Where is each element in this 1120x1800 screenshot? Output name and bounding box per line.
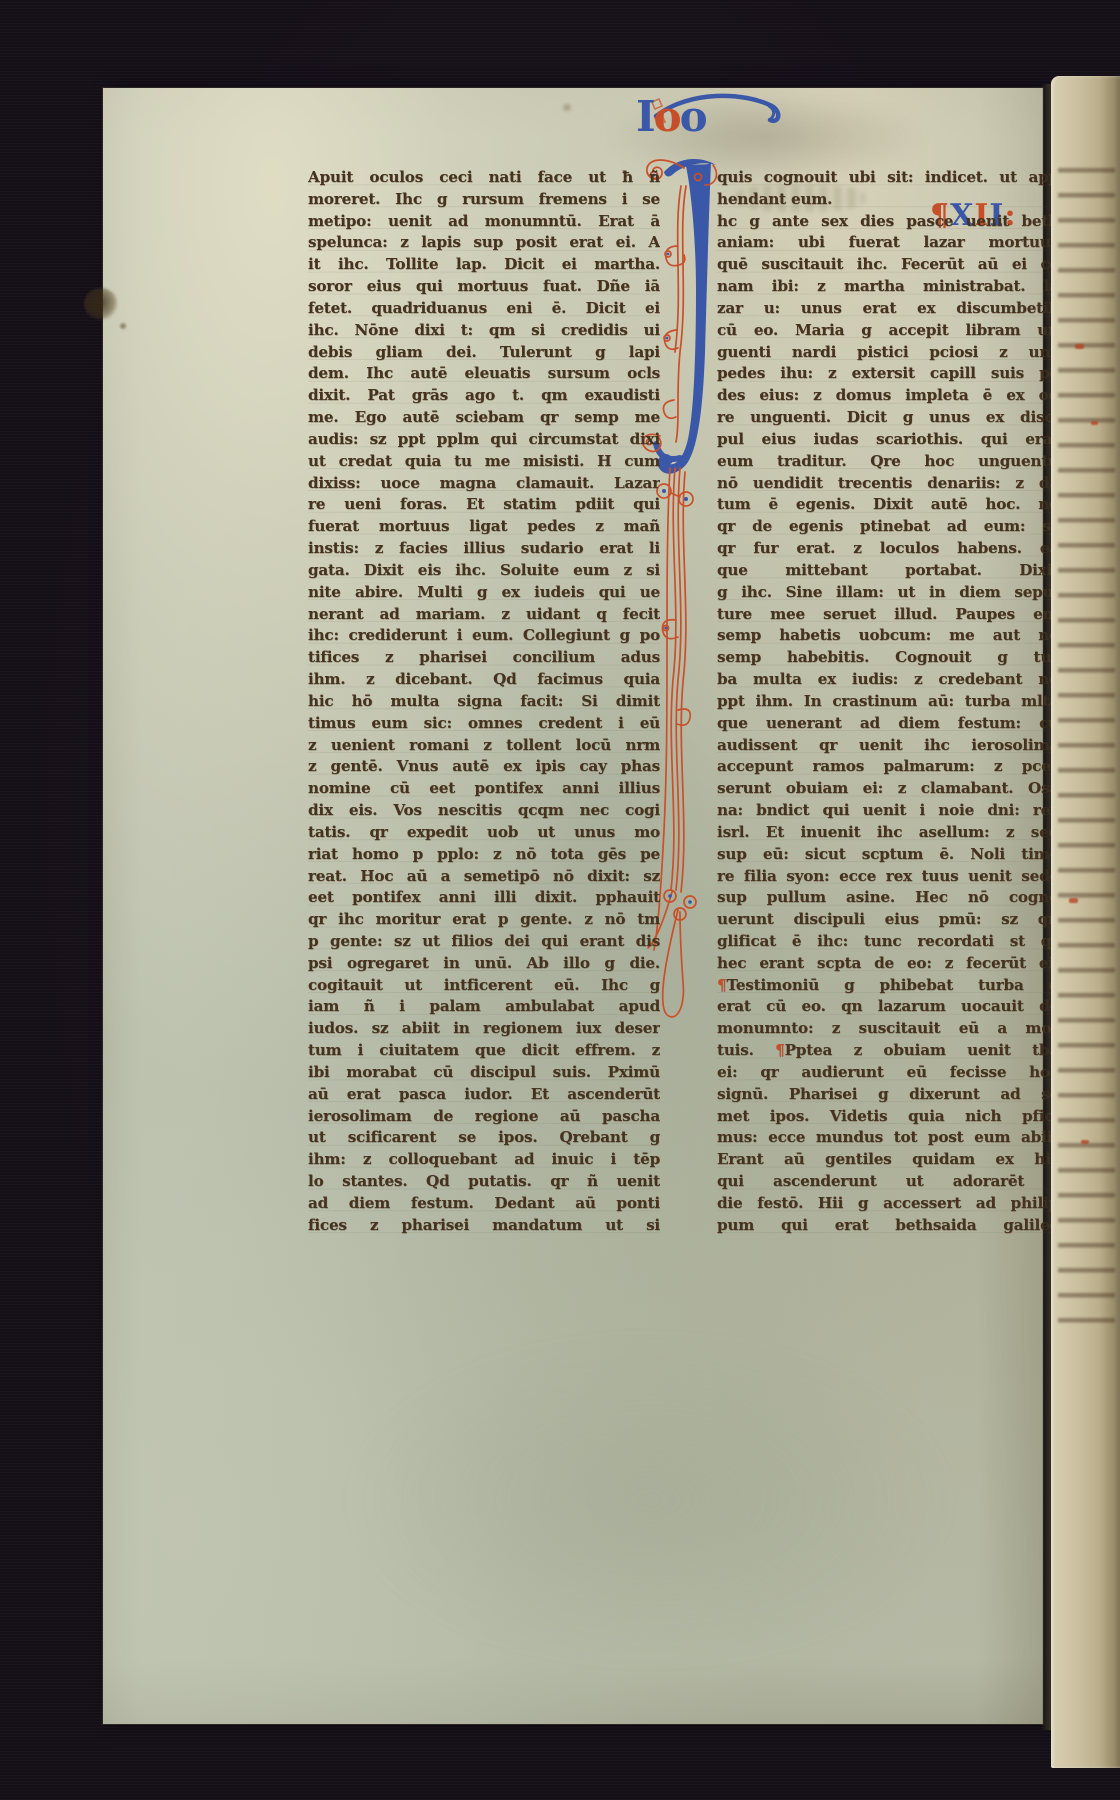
- text-line: re filia syon: ecce rex tuus uenit sede: [717, 866, 1059, 888]
- text-line: quē suscitauit ihc. Fecerūt aū ei ce: [717, 254, 1059, 276]
- text-line: erat cū eo. qn lazarum uocauit de: [717, 996, 1059, 1018]
- text-line: fuerat mortuus ligat pedes z mañ: [308, 516, 660, 538]
- text-line: hec erant scpta de eo: z fecerūt ei.: [717, 953, 1059, 975]
- text-line: lo stantes. Qd putatis. qr ñ uenit: [308, 1171, 660, 1193]
- text-line: accepunt ramos palmarum: z pces: [717, 756, 1059, 778]
- text-line: ppt ihm. In crastinum aū: turba mlta: [717, 691, 1059, 713]
- text-line: qui ascenderunt ut adorarēt i: [717, 1171, 1059, 1193]
- text-line: z gentē. Vnus autē ex ipis cay phas: [308, 756, 660, 778]
- text-line: met ipos. Videtis quia nich pfici: [717, 1106, 1059, 1128]
- text-line: ture mee seruet illud. Paupes eni: [717, 604, 1059, 626]
- text-line: pedes ihu: z extersit capill suis pe: [717, 363, 1059, 385]
- text-line: cū eo. Maria g accepit libram un: [717, 320, 1059, 342]
- text-line: re ueni foras. Et statim pdiit qui: [308, 494, 660, 516]
- text-line: tatis. qr expedit uob ut unus mo: [308, 822, 660, 844]
- fore-edge-text-lines: [1058, 168, 1115, 1328]
- text-line: sup eū: sicut scptum ē. Noli time: [717, 844, 1059, 866]
- text-line: Apuit oculos ceci nati face ut ħ ñ: [308, 167, 660, 189]
- paraph-mark: ¶: [775, 1041, 784, 1059]
- text-line: sup pullum asine. Hec nō cogno: [717, 887, 1059, 909]
- text-line: na: bndict qui uenit i noie dni: rex: [717, 800, 1059, 822]
- text-line: ierosolimam de regione aū pascha: [308, 1106, 660, 1128]
- text-line: monumnto: z suscitauit eū a mor: [717, 1018, 1059, 1040]
- text-line: ihm. z dicebant. Qd facimus quia: [308, 669, 660, 691]
- text-line: fetet. quadriduanus eni ē. Dicit ei: [308, 298, 660, 320]
- text-line: ad diem festum. Dedant aū ponti: [308, 1193, 660, 1215]
- text-line: dixiss: uoce magna clamauit. Lazar: [308, 473, 660, 495]
- text-line: aniam: ubi fuerat lazar mortuus: [717, 232, 1059, 254]
- text-line: guenti nardi pistici pciosi z unx: [717, 342, 1059, 364]
- paraph-mark: ¶: [717, 976, 726, 994]
- text-line: ut scificarent se ipos. Qrebant g: [308, 1127, 660, 1149]
- text-line: ba multa ex iudis: z credebant nō: [717, 669, 1059, 691]
- text-line: eet pontifex anni illi dixit. pphauit: [308, 887, 660, 909]
- text-line: timus eum sic: omnes credent i eū: [308, 713, 660, 735]
- text-line: instis: z facies illius sudario erat li: [308, 538, 660, 560]
- text-line: serunt obuiam ei: z clamabant. Osā: [717, 778, 1059, 800]
- text-line: nam ibi: z martha ministrabat. la: [717, 276, 1059, 298]
- text-line: ¶Testimoniū g phibebat turba q: [717, 975, 1059, 997]
- text-line: nerant ad mariam. z uidant q fecit: [308, 604, 660, 626]
- running-title-letter: I: [636, 94, 654, 140]
- text-line: des eius: z domus impleta ē ex od: [717, 385, 1059, 407]
- text-line: audissent qr uenit ihc ierosolimā: [717, 735, 1059, 757]
- text-line: que uenerant ad diem festum: cū: [717, 713, 1059, 735]
- text-line: reat. Hoc aū a semetipō nō dixit: sz: [308, 866, 660, 888]
- text-line: glificat ē ihc: tunc recordati st qr: [717, 931, 1059, 953]
- text-line: audis: sz ppt pplm qui circumstat dixi: [308, 429, 660, 451]
- text-line: semp habetis uobcum: me aut nō: [717, 625, 1059, 647]
- text-line: quis cognouit ubi sit: indicet. ut app: [717, 167, 1059, 189]
- text-line: riat homo p pplo: z nō tota gēs pe: [308, 844, 660, 866]
- text-line: tum i ciuitatem que dicit effrem. z: [308, 1040, 660, 1062]
- text-line: ei: qr audierunt eū fecisse hoc: [717, 1062, 1059, 1084]
- text-line: Erant aū gentiles quidam ex his: [717, 1149, 1059, 1171]
- text-line: me. Ego autē sciebam qr semp me: [308, 407, 660, 429]
- fore-edge-rubric-mark: [1091, 421, 1098, 425]
- text-line: z uenient romani z tollent locū nrm: [308, 735, 660, 757]
- text-line: dem. Ihc autē eleuatis sursum ocls: [308, 363, 660, 385]
- text-line: mus: ecce mundus tot post eum abiit: [717, 1127, 1059, 1149]
- text-line: moreret. Ihc g rursum fremens i se: [308, 189, 660, 211]
- text-line: ut credat quia tu me misisti. H cum: [308, 451, 660, 473]
- text-line: re unguenti. Dicit g unus ex disci: [717, 407, 1059, 429]
- text-line: gata. Dixit eis ihc. Soluite eum z si: [308, 560, 660, 582]
- text-line: psi ogregaret in unū. Ab illo g die.: [308, 953, 660, 975]
- text-line: ihc. Nōne dixi t: qm si credidis ui: [308, 320, 660, 342]
- text-line: qr ihc moritur erat p gente. z nō tm: [308, 909, 660, 931]
- text-column-left: Apuit oculos ceci nati face ut ħ ñmorere…: [308, 167, 660, 1237]
- running-title-letter: o: [654, 94, 680, 140]
- text-line: aū erat pasca iudor. Et ascenderūt: [308, 1084, 660, 1106]
- text-line: zar u: unus erat ex discumbetib: [717, 298, 1059, 320]
- text-line: qr de egenis ptinebat ad eum: sz: [717, 516, 1059, 538]
- text-line: dix eis. Vos nescitis qcqm nec cogi: [308, 800, 660, 822]
- text-line: soror eius qui mortuus fuat. Dñe iā: [308, 276, 660, 298]
- fore-edge-rubric-mark: [1069, 898, 1078, 903]
- running-title: Ioo: [636, 94, 706, 146]
- text-line: iudos. sz abiit in regionem iux deser: [308, 1018, 660, 1040]
- page-gap-shadow: [1042, 84, 1051, 1730]
- text-line: spelunca: z lapis sup posit erat ei. A: [308, 232, 660, 254]
- fore-edge-rubric-mark: [1081, 1140, 1089, 1144]
- text-line: dixit. Pat grās ago t. qm exaudisti: [308, 385, 660, 407]
- fore-edge-rubric-mark: [1075, 344, 1084, 349]
- text-line: uerunt discipuli eius pmū: sz qn: [717, 909, 1059, 931]
- text-line: nite abire. Multi g ex iudeis qui ue: [308, 582, 660, 604]
- text-line: ihc: crediderunt i eum. Collegiunt g po: [308, 625, 660, 647]
- text-line: p gente: sz ut filios dei qui erant dis: [308, 931, 660, 953]
- text-line: que mittebant portabat. Dixit: [717, 560, 1059, 582]
- text-line: nomine cū eet pontifex anni illius: [308, 778, 660, 800]
- photo-frame: { "running_title": { "glyphs": [ {"t": "…: [0, 0, 1120, 1800]
- text-line: signū. Pharisei g dixerunt ad se: [717, 1084, 1059, 1106]
- text-line: fices z pharisei mandatum ut si: [308, 1215, 660, 1237]
- text-line: qr fur erat. z loculos habens. ea: [717, 538, 1059, 560]
- text-line: hic hō multa signa facit: Si dimit: [308, 691, 660, 713]
- text-line: debis gliam dei. Tulerunt g lapi: [308, 342, 660, 364]
- text-line: cogitauit ut intficerent eū. Ihc g: [308, 975, 660, 997]
- text-line: iam ñ i palam ambulabat apud: [308, 996, 660, 1018]
- text-line: it ihc. Tollite lap. Dicit ei martha.: [308, 254, 660, 276]
- text-line: tuis. ¶Pptea z obuiam uenit tba: [717, 1040, 1059, 1062]
- text-line: g ihc. Sine illam: ut in diem sepul: [717, 582, 1059, 604]
- text-line: pul eius iudas scariothis. qui erat: [717, 429, 1059, 451]
- text-line: nō uendidit trecentis denariis: z da: [717, 473, 1059, 495]
- text-line: metipo: uenit ad monumntū. Erat ā: [308, 211, 660, 233]
- text-line: ibi morabat cū discipul suis. Pximū: [308, 1062, 660, 1084]
- text-line: ihm: z colloquebant ad inuic i tēp: [308, 1149, 660, 1171]
- text-line: hc g ante sex dies pasce uenit beth: [717, 211, 1059, 233]
- text-line: tum ē egenis. Dixit autē hoc. nō: [717, 494, 1059, 516]
- fore-edge-pages: [1051, 76, 1120, 1768]
- text-line: semp habebitis. Cognouit g tur: [717, 647, 1059, 669]
- text-column-right: quis cognouit ubi sit: indicet. ut apphe…: [717, 167, 1059, 1237]
- text-line: eum traditur. Qre hoc unguentū: [717, 451, 1059, 473]
- text-line: hendant eum.: [717, 189, 1059, 211]
- text-line: pum qui erat bethsaida galilee: [717, 1215, 1059, 1237]
- text-line: die festō. Hii g accessert ad philip: [717, 1193, 1059, 1215]
- text-line: isrl. Et inuenit ihc asellum: z sed: [717, 822, 1059, 844]
- running-title-letter: o: [680, 94, 706, 140]
- text-line: tifices z pharisei concilium adus: [308, 647, 660, 669]
